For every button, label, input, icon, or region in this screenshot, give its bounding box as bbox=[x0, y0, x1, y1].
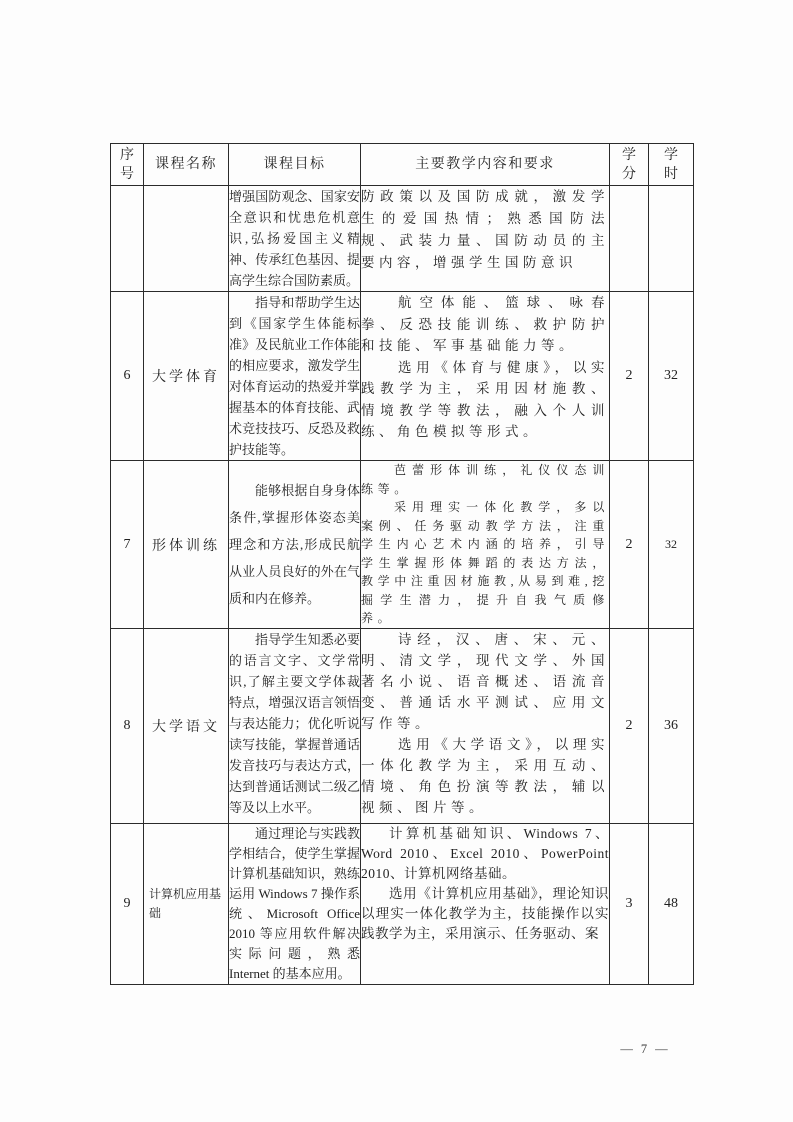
header-seq: 序号 bbox=[111, 144, 144, 186]
content-cell: 计算机基础知识、Windows 7、Word 2010、Excel 2010、P… bbox=[361, 824, 610, 985]
seq-cell: 6 bbox=[111, 292, 144, 461]
hours-cell: 32 bbox=[649, 292, 694, 461]
seq-cell: 8 bbox=[111, 629, 144, 824]
table-row-7: 7 形体训练 能够根据自身身体条件,掌握形体姿态美理念和方法,形成民航从业人员良… bbox=[111, 461, 694, 629]
objectives-cell: 指导和帮助学生达到《国家学生体能标准》及民航业工作体能的相应要求，激发学生对体育… bbox=[229, 292, 361, 461]
header-teaching-content: 主要教学内容和要求 bbox=[361, 144, 610, 186]
course-name-cell: 大学体育 bbox=[144, 292, 229, 461]
footer-dash-right: — bbox=[655, 1042, 668, 1057]
course-name-cell: 大学语文 bbox=[144, 629, 229, 824]
table-row-9: 9 计算机应用基础 通过理论与实践教学相结合，使学生掌握计算机基础知识，熟练运用… bbox=[111, 824, 694, 985]
objectives-cell: 指导学生知悉必要的语言文字、文学常识,了解主要文学体裁特点，增强汉语言领悟与表达… bbox=[229, 629, 361, 824]
table-row-6: 6 大学体育 指导和帮助学生达到《国家学生体能标准》及民航业工作体能的相应要求，… bbox=[111, 292, 694, 461]
header-course-name: 课程名称 bbox=[144, 144, 229, 186]
seq-cell bbox=[111, 186, 144, 292]
course-plan-table: 序号 课程名称 课程目标 主要教学内容和要求 学分 学时 增强国防观念、国家安全… bbox=[110, 143, 694, 985]
content-paragraph: 防政策以及国防成就，激发学生的爱国热情；熟悉国防法规、武装力量、国防动员的主要内… bbox=[361, 186, 609, 274]
document-page: 序号 课程名称 课程目标 主要教学内容和要求 学分 学时 增强国防观念、国家安全… bbox=[0, 0, 793, 1122]
credits-cell: 2 bbox=[610, 461, 649, 629]
content-paragraph: 诗经，汉、唐、宋、元、明、清文学，现代文学、外国著名小说、语音概述、语流音变、普… bbox=[361, 629, 609, 734]
table-header-row: 序号 课程名称 课程目标 主要教学内容和要求 学分 学时 bbox=[111, 144, 694, 186]
credits-cell bbox=[610, 186, 649, 292]
header-credits-label: 学分 bbox=[621, 146, 636, 184]
course-name-cell: 形体训练 bbox=[144, 461, 229, 629]
content-paragraph: 芭蕾形体训练，礼仪仪态训练等。 bbox=[361, 461, 609, 498]
header-seq-label: 序号 bbox=[119, 146, 134, 184]
hours-cell: 48 bbox=[649, 824, 694, 985]
content-paragraph: 采用理实一体化教学，多以案例、任务驱动教学方法，注重学生内心艺术内涵的培养，引导… bbox=[361, 498, 609, 628]
content-cell: 防政策以及国防成就，激发学生的爱国热情；熟悉国防法规、武装力量、国防动员的主要内… bbox=[361, 186, 610, 292]
objective-paragraph: 增强国防观念、国家安全意识和忧患危机意识,弘扬爱国主义精神、传承红色基因、提高学… bbox=[229, 186, 360, 291]
seq-cell: 7 bbox=[111, 461, 144, 629]
hours-cell: 32 bbox=[649, 461, 694, 629]
header-course-objective: 课程目标 bbox=[229, 144, 361, 186]
hours-cell: 36 bbox=[649, 629, 694, 824]
objectives-cell: 增强国防观念、国家安全意识和忧患危机意识,弘扬爱国主义精神、传承红色基因、提高学… bbox=[229, 186, 361, 292]
page-number: 7 bbox=[641, 1042, 647, 1057]
objective-paragraph: 能够根据自身身体条件,掌握形体姿态美理念和方法,形成民航从业人员良好的外在气质和… bbox=[229, 477, 360, 612]
page-footer: — 7 — bbox=[596, 1042, 692, 1057]
footer-dash-left: — bbox=[620, 1042, 633, 1057]
seq-cell: 9 bbox=[111, 824, 144, 985]
content-paragraph: 计算机基础知识、Windows 7、Word 2010、Excel 2010、P… bbox=[361, 824, 609, 884]
header-credits: 学分 bbox=[610, 144, 649, 186]
content-paragraph: 选用《体育与健康》，以实践教学为主，采用因材施教、情境教学等教法，融入个人训练、… bbox=[361, 357, 609, 443]
content-paragraph: 选用《计算机应用基础》，理论知识以理实一体化教学为主，技能操作以实践教学为主，采… bbox=[361, 884, 609, 944]
content-paragraph: 航空体能、篮球、咏春拳、反恐技能训练、救护防护和技能、军事基础能力等。 bbox=[361, 292, 609, 357]
credits-cell: 2 bbox=[610, 629, 649, 824]
hours-cell bbox=[649, 186, 694, 292]
header-course-objective-label: 课程目标 bbox=[264, 157, 326, 172]
content-cell: 诗经，汉、唐、宋、元、明、清文学，现代文学、外国著名小说、语音概述、语流音变、普… bbox=[361, 629, 610, 824]
objectives-cell: 能够根据自身身体条件,掌握形体姿态美理念和方法,形成民航从业人员良好的外在气质和… bbox=[229, 461, 361, 629]
table-row-continuation: 增强国防观念、国家安全意识和忧患危机意识,弘扬爱国主义精神、传承红色基因、提高学… bbox=[111, 186, 694, 292]
course-name-cell: 计算机应用基础 bbox=[144, 824, 229, 985]
credits-cell: 2 bbox=[610, 292, 649, 461]
table-row-8: 8 大学语文 指导学生知悉必要的语言文字、文学常识,了解主要文学体裁特点，增强汉… bbox=[111, 629, 694, 824]
content-cell: 航空体能、篮球、咏春拳、反恐技能训练、救护防护和技能、军事基础能力等。 选用《体… bbox=[361, 292, 610, 461]
header-teaching-content-label: 主要教学内容和要求 bbox=[415, 157, 555, 172]
objectives-cell: 通过理论与实践教学相结合，使学生掌握计算机基础知识，熟练运用 Windows 7… bbox=[229, 824, 361, 985]
header-hours-label: 学时 bbox=[663, 146, 678, 184]
header-course-name-label: 课程名称 bbox=[155, 157, 217, 172]
content-paragraph: 选用《大学语文》，以理实一体化教学为主，采用互动、情境、角色扮演等教法，辅以视频… bbox=[361, 734, 609, 818]
credits-cell: 3 bbox=[610, 824, 649, 985]
objective-paragraph: 通过理论与实践教学相结合，使学生掌握计算机基础知识，熟练运用 Windows 7… bbox=[229, 824, 360, 984]
objective-paragraph: 指导学生知悉必要的语言文字、文学常识,了解主要文学体裁特点，增强汉语言领悟与表达… bbox=[229, 629, 360, 818]
content-cell: 芭蕾形体训练，礼仪仪态训练等。 采用理实一体化教学，多以案例、任务驱动教学方法，… bbox=[361, 461, 610, 629]
objective-paragraph: 指导和帮助学生达到《国家学生体能标准》及民航业工作体能的相应要求，激发学生对体育… bbox=[229, 292, 360, 460]
course-name-cell bbox=[144, 186, 229, 292]
header-hours: 学时 bbox=[649, 144, 694, 186]
